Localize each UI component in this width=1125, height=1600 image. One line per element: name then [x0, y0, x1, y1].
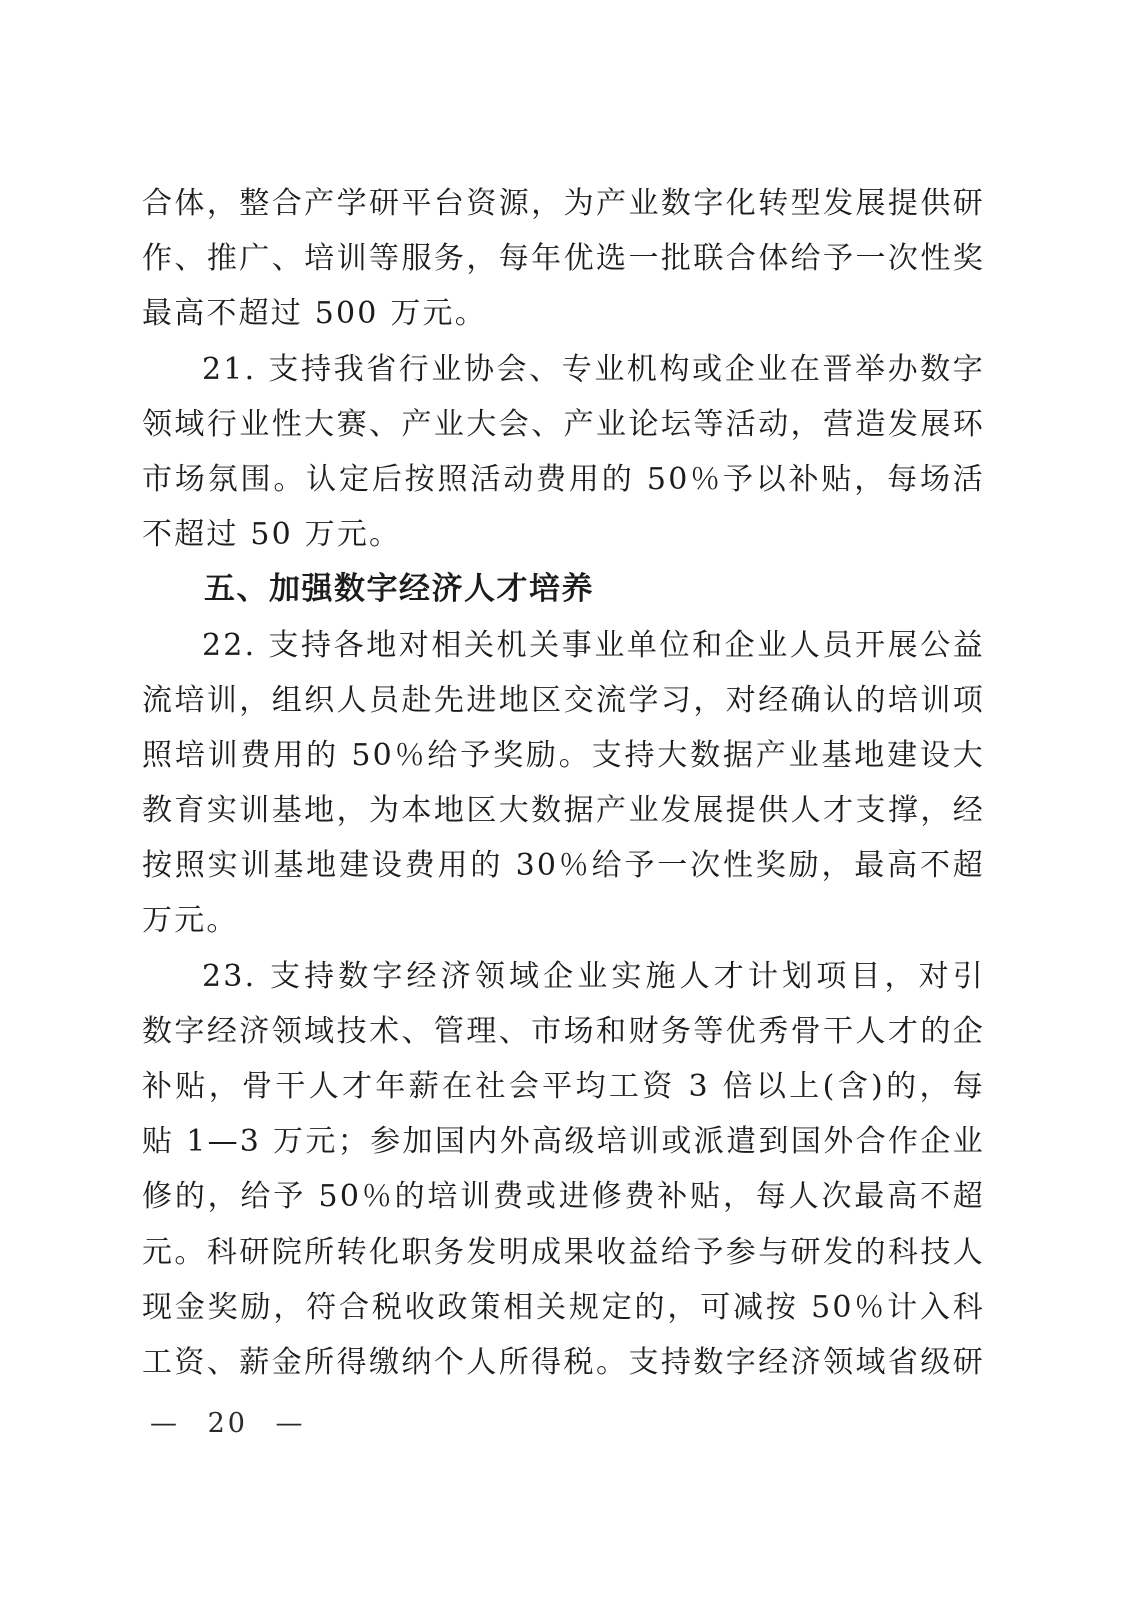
text-line: 万元。 [142, 893, 985, 948]
document-body: 合体，整合产学研平台资源，为产业数字化转型发展提供研发、合作、推广、培训等服务，… [142, 176, 985, 1390]
text-line: 21. 支持我省行业协会、专业机构或企业在晋举办数字经济 [142, 342, 985, 397]
page-number: — 20 — [150, 1408, 306, 1439]
text-line: 合体，整合产学研平台资源，为产业数字化转型发展提供研发、合 [142, 176, 985, 231]
document-page: 合体，整合产学研平台资源，为产业数字化转型发展提供研发、合作、推广、培训等服务，… [0, 0, 1125, 1600]
text-line: 照培训费用的 50％给予奖励。支持大数据产业基地建设大数据 [142, 728, 985, 783]
text-line: 22. 支持各地对相关机关事业单位和企业人员开展公益性交 [142, 618, 985, 673]
text-line: 教育实训基地，为本地区大数据产业发展提供人才支撑，经认定， [142, 783, 985, 838]
text-line: 按照实训基地建设费用的 30％给予一次性奖励，最高不超过 500 [142, 838, 985, 893]
text-line: 流培训，组织人员赴先进地区交流学习，对经确认的培训项目，按 [142, 673, 985, 728]
text-line: 作、推广、培训等服务，每年优选一批联合体给予一次性奖补，每个 [142, 231, 985, 286]
section-heading: 五、加强数字经济人才培养 [142, 562, 985, 617]
text-line: 领域行业性大赛、产业大会、产业论坛等活动，营造发展环境，培育 [142, 397, 985, 452]
text-line: 现金奖励，符合税收政策相关规定的，可减按 50％计入科技人员 [142, 1280, 985, 1335]
text-line: 最高不超过 500 万元。 [142, 286, 985, 341]
text-line: 补贴，骨干人才年薪在社会平均工资 3 倍以上(含)的，每人每年补 [142, 1059, 985, 1114]
text-line: 市场氛围。认定后按照活动费用的 50％予以补贴，每场活动最高 [142, 452, 985, 507]
text-line: 23. 支持数字经济领域企业实施人才计划项目，对引进、培育 [142, 949, 985, 1004]
text-line: 数字经济领域技术、管理、市场和财务等优秀骨干人才的企业给予 [142, 1004, 985, 1059]
text-line: 元。科研院所转化职务发明成果收益给予参与研发的科技人员的 [142, 1225, 985, 1280]
text-line: 不超过 50 万元。 [142, 507, 985, 562]
text-line: 修的，给予 50％的培训费或进修费补贴，每人次最高不超过 10 万 [142, 1169, 985, 1224]
text-line: 工资、薪金所得缴纳个人所得税。支持数字经济领域省级研究生 [142, 1335, 985, 1390]
text-line: 贴 1—3 万元；参加国内外高级培训或派遣到国外合作企业工作进 [142, 1114, 985, 1169]
